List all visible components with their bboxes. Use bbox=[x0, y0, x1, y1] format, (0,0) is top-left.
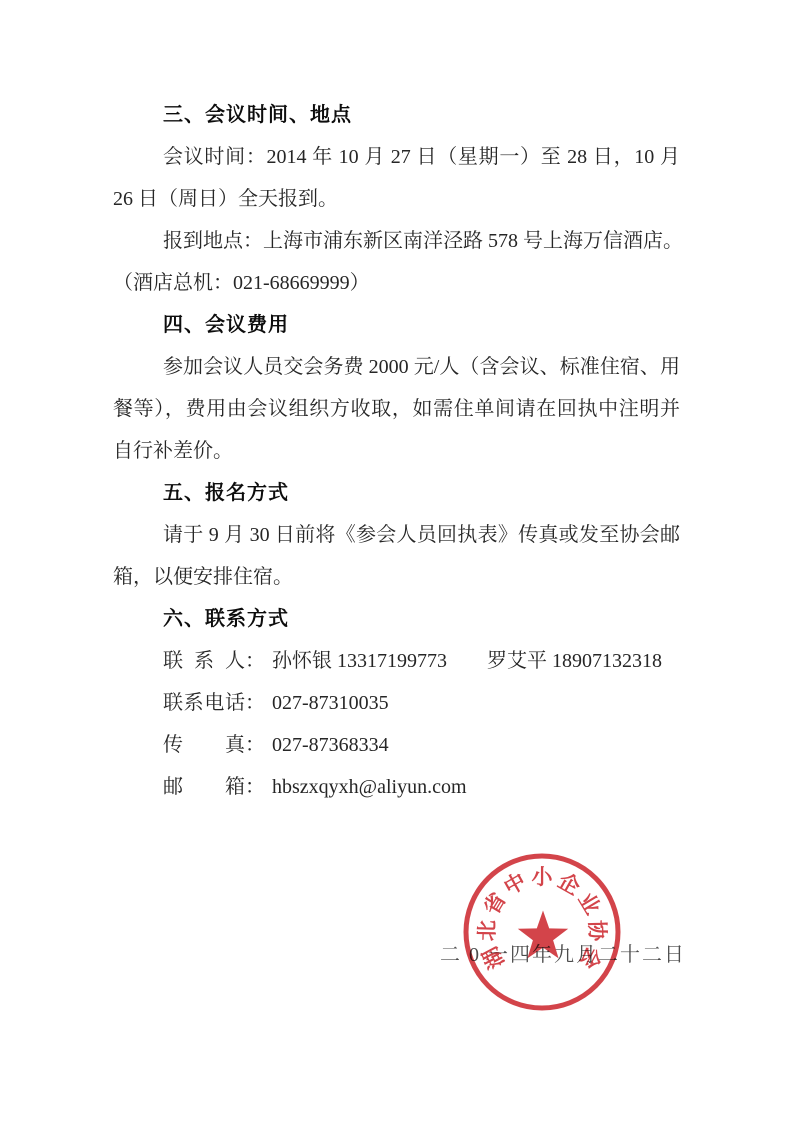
seal-text-char: 企 bbox=[554, 869, 584, 900]
contact-colon: ： bbox=[245, 734, 265, 756]
section-heading: 四、会议费用 bbox=[113, 304, 680, 346]
contact-value: hbszxqyxh@aliyun.com bbox=[272, 776, 467, 798]
contact-colon: ： bbox=[245, 650, 265, 672]
contact-row: 联系人：孙怀银 13317199773 罗艾平 18907132318 bbox=[113, 640, 680, 682]
text-line: 会议时间：2014 年 10 月 27 日（星期一）至 28 日，10 月 bbox=[113, 136, 680, 178]
text-line: 参加会议人员交会务费 2000 元/人（含会议、标准住宿、用 bbox=[113, 346, 680, 388]
contact-row: 联系电话：027-87310035 bbox=[113, 682, 680, 724]
text-line: 餐等），费用由会议组织方收取，如需住单间请在回执中注明并 bbox=[113, 388, 680, 430]
contact-label: 联系电话 bbox=[163, 682, 245, 724]
official-seal-stamp: 湖北省中小企业协会 bbox=[461, 851, 623, 1013]
text-line: 箱，以便安排住宿。 bbox=[113, 556, 680, 598]
contact-row: 传真：027-87368334 bbox=[113, 724, 680, 766]
text-line: 请于 9 月 30 日前将《参会人员回执表》传真或发至协会邮 bbox=[113, 514, 680, 556]
contact-value: 孙怀银 13317199773 罗艾平 18907132318 bbox=[272, 650, 662, 672]
contact-colon: ： bbox=[245, 776, 265, 798]
text-line: 26 日（周日）全天报到。 bbox=[113, 178, 680, 220]
contact-row: 邮箱：hbszxqyxh@aliyun.com bbox=[113, 766, 680, 808]
seal-text-char: 北 bbox=[476, 920, 500, 942]
contact-label: 联系人 bbox=[163, 640, 245, 682]
seal-text-char: 业 bbox=[573, 889, 604, 919]
contact-value: 027-87310035 bbox=[272, 692, 389, 714]
seal-text-char: 省 bbox=[479, 888, 510, 918]
seal-text-char: 会 bbox=[575, 943, 606, 973]
document-content: 三、会议时间、地点会议时间：2014 年 10 月 27 日（星期一）至 28 … bbox=[113, 94, 680, 808]
document-page: 三、会议时间、地点会议时间：2014 年 10 月 27 日（星期一）至 28 … bbox=[0, 0, 794, 1123]
seal-text-char: 湖 bbox=[479, 943, 509, 972]
text-line: 报到地点：上海市浦东新区南洋泾路 578 号上海万信酒店。 bbox=[113, 220, 680, 262]
star-icon bbox=[518, 911, 568, 959]
seal-text-char: 小 bbox=[532, 866, 554, 889]
section-heading: 三、会议时间、地点 bbox=[113, 94, 680, 136]
text-line: 自行补差价。 bbox=[113, 430, 680, 472]
section-heading: 六、联系方式 bbox=[113, 598, 680, 640]
seal-text-char: 中 bbox=[500, 869, 530, 900]
section-heading: 五、报名方式 bbox=[113, 472, 680, 514]
contact-colon: ： bbox=[245, 692, 265, 714]
seal-text-char: 协 bbox=[585, 920, 610, 943]
contact-label: 传真 bbox=[163, 724, 245, 766]
contact-value: 027-87368334 bbox=[272, 734, 389, 756]
contact-label: 邮箱 bbox=[163, 766, 245, 808]
text-line: （酒店总机：021-68669999） bbox=[113, 262, 680, 304]
